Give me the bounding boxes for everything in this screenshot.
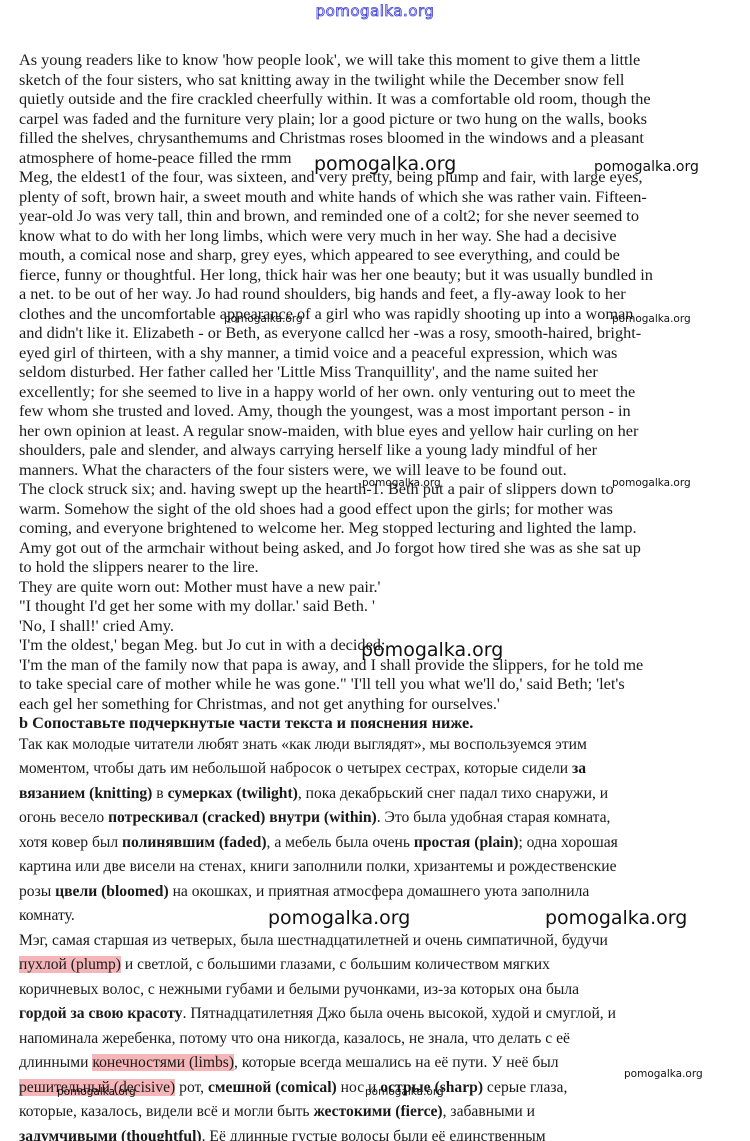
watermark: pomogalka.org: [224, 313, 303, 325]
watermark: pomogalka.org: [268, 907, 410, 929]
text-line: розы цвели (bloomed) на окошках, и прият…: [19, 880, 719, 905]
text-line: seldom disturbed. Her father called her …: [19, 362, 719, 382]
text-line: задумчивыми (thoughtful). Её длинные гус…: [19, 1125, 719, 1141]
text-line: огонь весело потрескивал (cracked) внутр…: [19, 806, 719, 831]
bold-term: смешной (comical): [208, 1079, 337, 1096]
bold-term: полинявшим (faded): [122, 834, 266, 851]
text-line: моментом, чтобы дать им небольшой наброс…: [19, 757, 719, 782]
text-line: вязанием (knitting) в сумерках (twilight…: [19, 782, 719, 807]
text-run: , которые всегда мешались на её пути. У …: [234, 1054, 558, 1071]
watermark: pomogalka.org: [365, 1086, 444, 1098]
text-line: гордой за свою красоту. Пятнадцатилетняя…: [19, 1002, 719, 1027]
text-line: пухлой (plump) и светлой, с большими гла…: [19, 953, 719, 978]
bold-term: цвели (bloomed): [55, 883, 169, 900]
watermark: pomogalka.org: [361, 639, 503, 661]
text-run: огонь весело: [19, 809, 108, 826]
text-line: коричневых волос, с нежными губами и бел…: [19, 978, 719, 1003]
text-run: , пока декабрьский снег падал тихо снару…: [298, 785, 608, 802]
watermark: pomogalka.org: [57, 1086, 136, 1098]
text-line: filled the shelves, chrysanthemums and C…: [19, 128, 719, 148]
text-line: each gel her something for Christmas, an…: [19, 694, 719, 714]
text-line: sketch of the four sisters, who sat knit…: [19, 70, 719, 90]
text-run: . Её длинные густые волосы были её единс…: [202, 1128, 546, 1141]
text-run: которые, казалось, видели всё и могли бы…: [19, 1103, 313, 1120]
text-line: которые, казалось, видели всё и могли бы…: [19, 1100, 719, 1125]
text-line: They are quite worn out: Mother must hav…: [19, 577, 719, 597]
task-heading: b Сопоставьте подчеркнутые части текста …: [19, 713, 719, 733]
watermark: pomogalka.org: [594, 159, 699, 175]
site-watermark-top: pomogalka.org: [0, 2, 750, 20]
bold-term: простая (plain): [414, 834, 519, 851]
text-line: her own opinion at least. A regular snow…: [19, 421, 719, 441]
watermark: pomogalka.org: [362, 477, 441, 489]
text-line: coming, and everyone brightened to welco…: [19, 518, 719, 538]
watermark: pomogalka.org: [545, 907, 687, 929]
russian-text: Так как молодые читатели любят знать «ка…: [19, 733, 719, 1141]
highlighted-term: конечностями (limbs): [92, 1054, 234, 1071]
text-line: shoulders, pale and slender, and always …: [19, 440, 719, 460]
text-run: розы: [19, 883, 55, 900]
text-line: fierce, funny or thoughtful. Her long, t…: [19, 265, 719, 285]
text-line: картина или две висели на стенах, книги …: [19, 855, 719, 880]
watermark: pomogalka.org: [612, 477, 691, 489]
text-line: warm. Somehow the sight of the old shoes…: [19, 499, 719, 519]
text-line: mouth, a comical nose and sharp, grey ey…: [19, 245, 719, 265]
text-run: моментом, чтобы дать им небольшой наброс…: [19, 760, 572, 777]
text-line: a net. to be out of her way. Jo had roun…: [19, 284, 719, 304]
text-run: на окошках, и приятная атмосфера домашне…: [169, 883, 590, 900]
text-line: напоминала жеребенка, потому что она ник…: [19, 1027, 719, 1052]
text-run: в: [152, 785, 167, 802]
watermark: pomogalka.org: [624, 1068, 703, 1080]
bold-term: потрескивал (cracked) внутри (within): [108, 809, 377, 826]
text-run: хотя ковер был: [19, 834, 122, 851]
watermark: pomogalka.org: [612, 313, 691, 325]
text-line: Amy got out of the armchair without bein…: [19, 538, 719, 558]
text-line: хотя ковер был полинявшим (faded), а меб…: [19, 831, 719, 856]
highlighted-term: пухлой (plump): [19, 956, 121, 973]
text-line: to hold the slippers nearer to the lire.: [19, 557, 719, 577]
text-line: plenty of soft, brown hair, a sweet mout…: [19, 187, 719, 207]
text-line: and didn't like it. Elizabeth - or Beth,…: [19, 323, 719, 343]
text-line: to take special care of mother while he …: [19, 674, 719, 694]
bold-term: гордой за свою красоту: [19, 1005, 183, 1022]
english-text: As young readers like to know 'how peopl…: [19, 50, 719, 713]
text-line: 'No, I shall!' cried Amy.: [19, 616, 719, 636]
text-line: year-old Jo was very tall, thin and brow…: [19, 206, 719, 226]
bold-term: жестокими (fierce): [313, 1103, 442, 1120]
text-run: . Это была удобная старая комната,: [377, 809, 611, 826]
text-run: серые глаза,: [483, 1079, 567, 1096]
text-line: carpel was faded and the furniture very …: [19, 109, 719, 129]
text-line: few whom she trusted and loved. Amy, tho…: [19, 401, 719, 421]
text-line: eyed girl of thirteen, with a shy manner…: [19, 343, 719, 363]
text-line: quietly outside and the fire crackled ch…: [19, 89, 719, 109]
text-line: "I thought I'd get her some with my doll…: [19, 596, 719, 616]
bold-term: вязанием (knitting): [19, 785, 152, 802]
text-line: длинными конечностями (limbs), которые в…: [19, 1051, 719, 1076]
text-line: Так как молодые читатели любят знать «ка…: [19, 733, 719, 758]
text-line: excellently; for she seemed to live in a…: [19, 382, 719, 402]
text-run: , а мебель была очень: [267, 834, 414, 851]
watermark: pomogalka.org: [314, 153, 456, 175]
bold-term: за: [572, 760, 586, 777]
text-run: и светлой, с большими глазами, с большим…: [121, 956, 550, 973]
bold-term: сумерках (twilight): [168, 785, 298, 802]
text-run: ; одна хорошая: [518, 834, 617, 851]
text-run: , забавными и: [443, 1103, 535, 1120]
text-line: know what to do with her long limbs, whi…: [19, 226, 719, 246]
text-run: длинными: [19, 1054, 92, 1071]
bold-term: задумчивыми (thoughtful): [19, 1128, 202, 1141]
document-page: As young readers like to know 'how peopl…: [19, 50, 719, 1141]
text-run: . Пятнадцатилетняя Джо была очень высоко…: [183, 1005, 616, 1022]
text-run: рот,: [175, 1079, 208, 1096]
text-line: As young readers like to know 'how peopl…: [19, 50, 719, 70]
text-line: Мэг, самая старшая из четверых, была шес…: [19, 929, 719, 954]
